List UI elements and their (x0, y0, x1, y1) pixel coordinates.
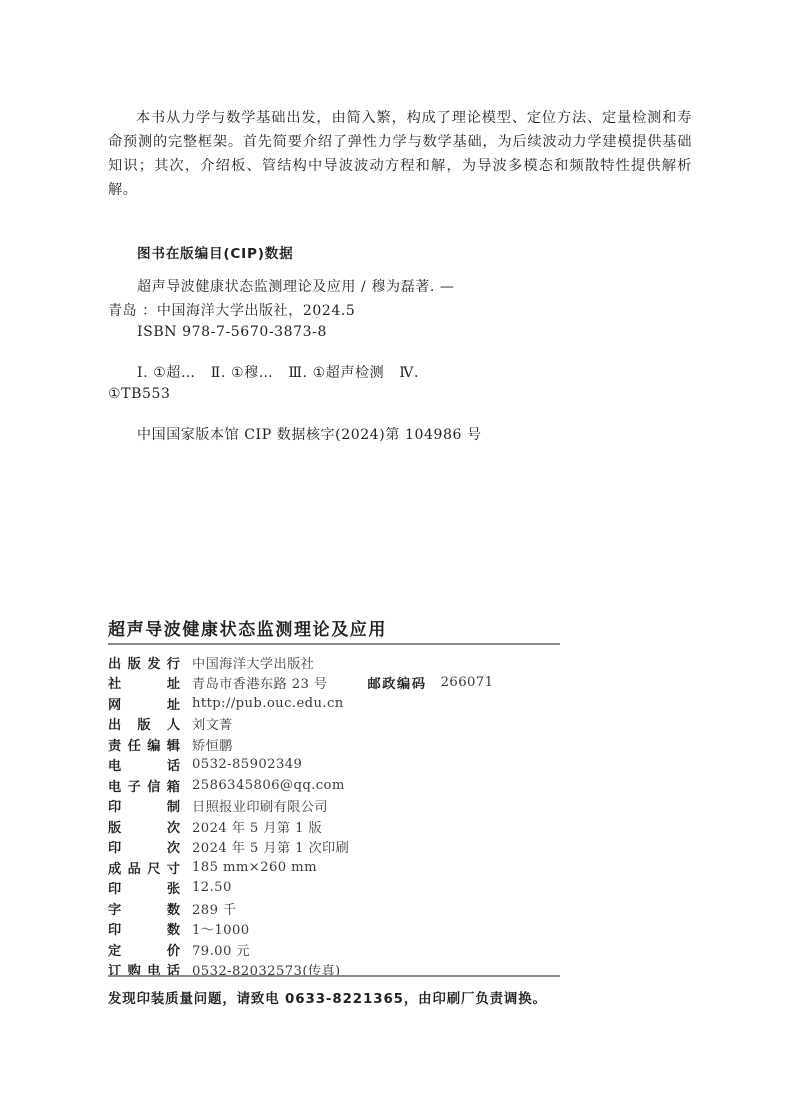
imprint-label-char: 任 (128, 735, 141, 754)
imprint-label-char: 数 (167, 919, 180, 938)
imprint-label-char: 子 (128, 776, 141, 795)
imprint-label-char: 辑 (167, 735, 180, 754)
imprint-label: 版次 (108, 817, 180, 836)
imprint-label-char: 字 (108, 899, 121, 918)
imprint-label-char: 行 (167, 653, 180, 672)
imprint-label: 印数 (108, 919, 180, 938)
imprint-label: 出版人 (108, 714, 180, 733)
imprint-label-char: 印 (108, 878, 121, 897)
imprint-label-char: 电 (108, 755, 121, 774)
imprint-row: 字数289 千 (108, 898, 568, 919)
bottom-divider (108, 975, 560, 977)
imprint-value: 刘文菁 (192, 714, 233, 733)
top-divider (108, 643, 560, 645)
imprint-label: 社址 (108, 673, 180, 692)
imprint-label-char: 人 (167, 714, 180, 733)
imprint-label-char: 印 (108, 796, 121, 815)
cip-classification-code: ①TB553 (108, 386, 171, 402)
imprint-label-char: 印 (108, 919, 121, 938)
imprint-label-char: 电 (108, 776, 121, 795)
cip-heading: 图书在版编目(CIP)数据 (137, 242, 294, 262)
imprint-value: 79.00 元 (192, 940, 250, 959)
imprint-row: 电子信箱2586345806@qq.com (108, 775, 568, 796)
imprint-label-char: 编 (147, 735, 160, 754)
imprint-value: 185 mm×260 mm (192, 860, 317, 875)
imprint-label-char: 次 (167, 837, 180, 856)
imprint-label-char: 定 (108, 940, 121, 959)
imprint-row: 定价79.00 元 (108, 939, 568, 960)
imprint-label: 字数 (108, 899, 180, 918)
imprint-label-char: 版 (128, 653, 141, 672)
book-title: 超声导波健康状态监测理论及应用 (108, 615, 387, 640)
imprint-label-char: 制 (167, 796, 180, 815)
cip-classification: Ⅰ. ①超… Ⅱ. ①穆… Ⅲ. ①超声检测 Ⅳ. (137, 362, 419, 382)
imprint-label-char: 出 (108, 653, 121, 672)
imprint-row: 出版人刘文菁 (108, 714, 568, 735)
imprint-label-char: 数 (167, 899, 180, 918)
imprint-label-char: 品 (128, 858, 141, 877)
imprint-label-char: 出 (108, 714, 121, 733)
imprint-value: 12.50 (192, 880, 232, 895)
cip-title-line: 超声导波健康状态监测理论及应用 / 穆为磊著. — (137, 276, 455, 296)
imprint-row: 出版发行中国海洋大学出版社 (108, 652, 568, 673)
imprint-label-char: 社 (108, 673, 121, 692)
imprint-label: 印制 (108, 796, 180, 815)
imprint-label-char: 尺 (147, 858, 160, 877)
quality-notice: 发现印装质量问题，请致电 0633-8221365，由印刷厂负责调换。 (108, 988, 547, 1007)
imprint-value: 0532-85902349 (192, 757, 302, 772)
imprint-label-char: 信 (147, 776, 160, 795)
imprint-label-char: 版 (137, 714, 150, 733)
imprint-label-char: 箱 (167, 776, 180, 795)
imprint-label: 定价 (108, 940, 180, 959)
imprint-label-char: 址 (167, 694, 180, 713)
imprint-value: 2024 年 5 月第 1 次印刷 (192, 837, 349, 856)
imprint-label-char: 价 (167, 940, 180, 959)
imprint-label-char: 成 (108, 858, 121, 877)
imprint-value: 青岛市香港东路 23 号 (192, 673, 327, 692)
cip-publisher-line: 青岛 ：中国海洋大学出版社，2024.5 (108, 300, 355, 320)
imprint-label-char: 责 (108, 735, 121, 754)
imprint-label: 网址 (108, 694, 180, 713)
imprint-label-char: 发 (147, 653, 160, 672)
imprint-label: 电话 (108, 755, 180, 774)
imprint-row: 社址青岛市香港东路 23 号邮政编码266071 (108, 673, 568, 694)
postal-code-value: 266071 (441, 675, 494, 690)
imprint-value: http://pub.ouc.edu.cn (192, 696, 344, 711)
imprint-label-char: 网 (108, 694, 121, 713)
imprint-value: 2024 年 5 月第 1 版 (192, 817, 322, 836)
cip-isbn: ISBN 978-7-5670-3873-8 (137, 324, 327, 340)
imprint-value: 中国海洋大学出版社 (192, 653, 314, 672)
imprint-row: 网址http://pub.ouc.edu.cn (108, 693, 568, 714)
cip-record-number: 中国国家版本馆 CIP 数据核字(2024)第 104986 号 (137, 424, 482, 444)
imprint-label-char: 址 (167, 673, 180, 692)
imprint-row: 印制日照报业印刷有限公司 (108, 796, 568, 817)
imprint-row: 印张12.50 (108, 878, 568, 899)
postal-code-label: 邮政编码 (367, 673, 426, 692)
imprint-row: 电话0532-85902349 (108, 755, 568, 776)
imprint-value: 1～1000 (192, 919, 250, 938)
imprint-value: 日照报业印刷有限公司 (192, 796, 328, 815)
book-abstract: 本书从力学与数学基础出发，由简入繁，构成了理论模型、定位方法、定量检测和寿命预测… (108, 106, 692, 202)
imprint-table: 出版发行中国海洋大学出版社社址青岛市香港东路 23 号邮政编码266071网址h… (108, 652, 568, 980)
imprint-row: 成品尺寸185 mm×260 mm (108, 857, 568, 878)
imprint-label-char: 印 (108, 837, 121, 856)
imprint-label-char: 寸 (167, 858, 180, 877)
imprint-label-char: 张 (167, 878, 180, 897)
imprint-label-char: 版 (108, 817, 121, 836)
imprint-row: 责任编辑矫恒鹏 (108, 734, 568, 755)
imprint-label-char: 次 (167, 817, 180, 836)
imprint-value: 矫恒鹏 (192, 735, 233, 754)
imprint-value: 289 千 (192, 899, 237, 918)
imprint-label-char: 话 (167, 755, 180, 774)
imprint-row: 版次2024 年 5 月第 1 版 (108, 816, 568, 837)
imprint-label: 印次 (108, 837, 180, 856)
imprint-value: 2586345806@qq.com (192, 778, 345, 793)
imprint-label: 责任编辑 (108, 735, 180, 754)
imprint-row: 印次2024 年 5 月第 1 次印刷 (108, 837, 568, 858)
imprint-label: 印张 (108, 878, 180, 897)
imprint-label: 电子信箱 (108, 776, 180, 795)
imprint-row: 印数1～1000 (108, 919, 568, 940)
imprint-label: 成品尺寸 (108, 858, 180, 877)
imprint-label: 出版发行 (108, 653, 180, 672)
